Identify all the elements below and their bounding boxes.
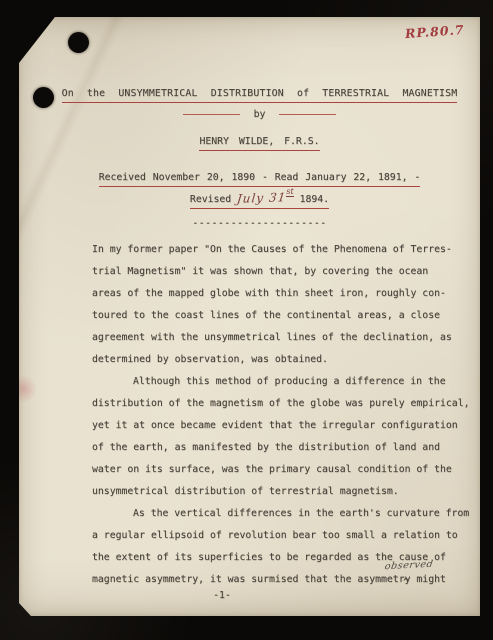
revised-year: 1894. — [294, 194, 329, 205]
punch-hole-top — [68, 32, 89, 53]
revised-label: Revised — [190, 194, 237, 205]
typed-line: In my former paper "On the Causes of the… — [92, 239, 474, 261]
typed-line: unsymmetrical distribution of terrestria… — [92, 481, 474, 503]
typed-line: of the earth, as manifested by the distr… — [92, 437, 474, 459]
manuscript-page: RP.80.7 On the UNSYMMETRICAL DISTRIBUTIO… — [19, 17, 480, 616]
page-number: -1- — [202, 590, 242, 601]
typed-line: Although this method of producing a diff… — [92, 371, 474, 393]
received-read-dates: Received November 20, 1890 - Read Januar… — [99, 172, 421, 183]
typed-line: determined by observation, was obtained. — [92, 349, 474, 371]
byline-row: by — [29, 109, 490, 120]
typed-line: magnetic asymmetry, it was surmised that… — [92, 569, 474, 591]
typed-line: As the vertical differences in the earth… — [92, 503, 474, 525]
scanned-document: RP.80.7 On the UNSYMMETRICAL DISTRIBUTIO… — [0, 0, 493, 640]
revised-handwritten-date: July 31 — [236, 190, 287, 206]
title-row: On the UNSYMMETRICAL DISTRIBUTION of TER… — [29, 81, 490, 103]
revised-ordinal: st — [286, 187, 293, 197]
author-name: HENRY WILDE, F.R.S. — [199, 136, 319, 147]
archival-reference-mark: RP.80.7 — [405, 22, 465, 41]
typed-line: water on its surface, was the primary ca… — [92, 459, 474, 481]
typed-line: trial Magnetism" it was shown that, by c… — [92, 261, 474, 283]
author-row: HENRY WILDE, F.R.S. — [29, 129, 490, 151]
typed-line: yet it at once became evident that the i… — [92, 415, 474, 437]
page-title: On the UNSYMMETRICAL DISTRIBUTION of TER… — [62, 88, 458, 99]
typed-dash-divider: --------------------- — [192, 218, 326, 229]
byline: by — [254, 109, 266, 120]
received-row: Received November 20, 1890 - Read Januar… — [29, 165, 490, 187]
typed-line: distribution of the magnetism of the glo… — [92, 393, 474, 415]
typed-line: agreement with the unsymmetrical lines o… — [92, 327, 474, 349]
body-text: In my former paper "On the Causes of the… — [92, 239, 474, 591]
revised-row: Revised July 31st 1894. — [29, 187, 490, 209]
typed-line: toured to the coast lines of the contine… — [92, 305, 474, 327]
typed-line: areas of the mapped globe with thin shee… — [92, 283, 474, 305]
insertion-caret-mark: ^ — [403, 577, 409, 588]
byline-left-rule — [183, 114, 240, 116]
divider-row: --------------------- — [29, 211, 490, 230]
typed-line: a regular ellipsoid of revolution bear t… — [92, 525, 474, 547]
byline-right-rule — [279, 114, 336, 116]
